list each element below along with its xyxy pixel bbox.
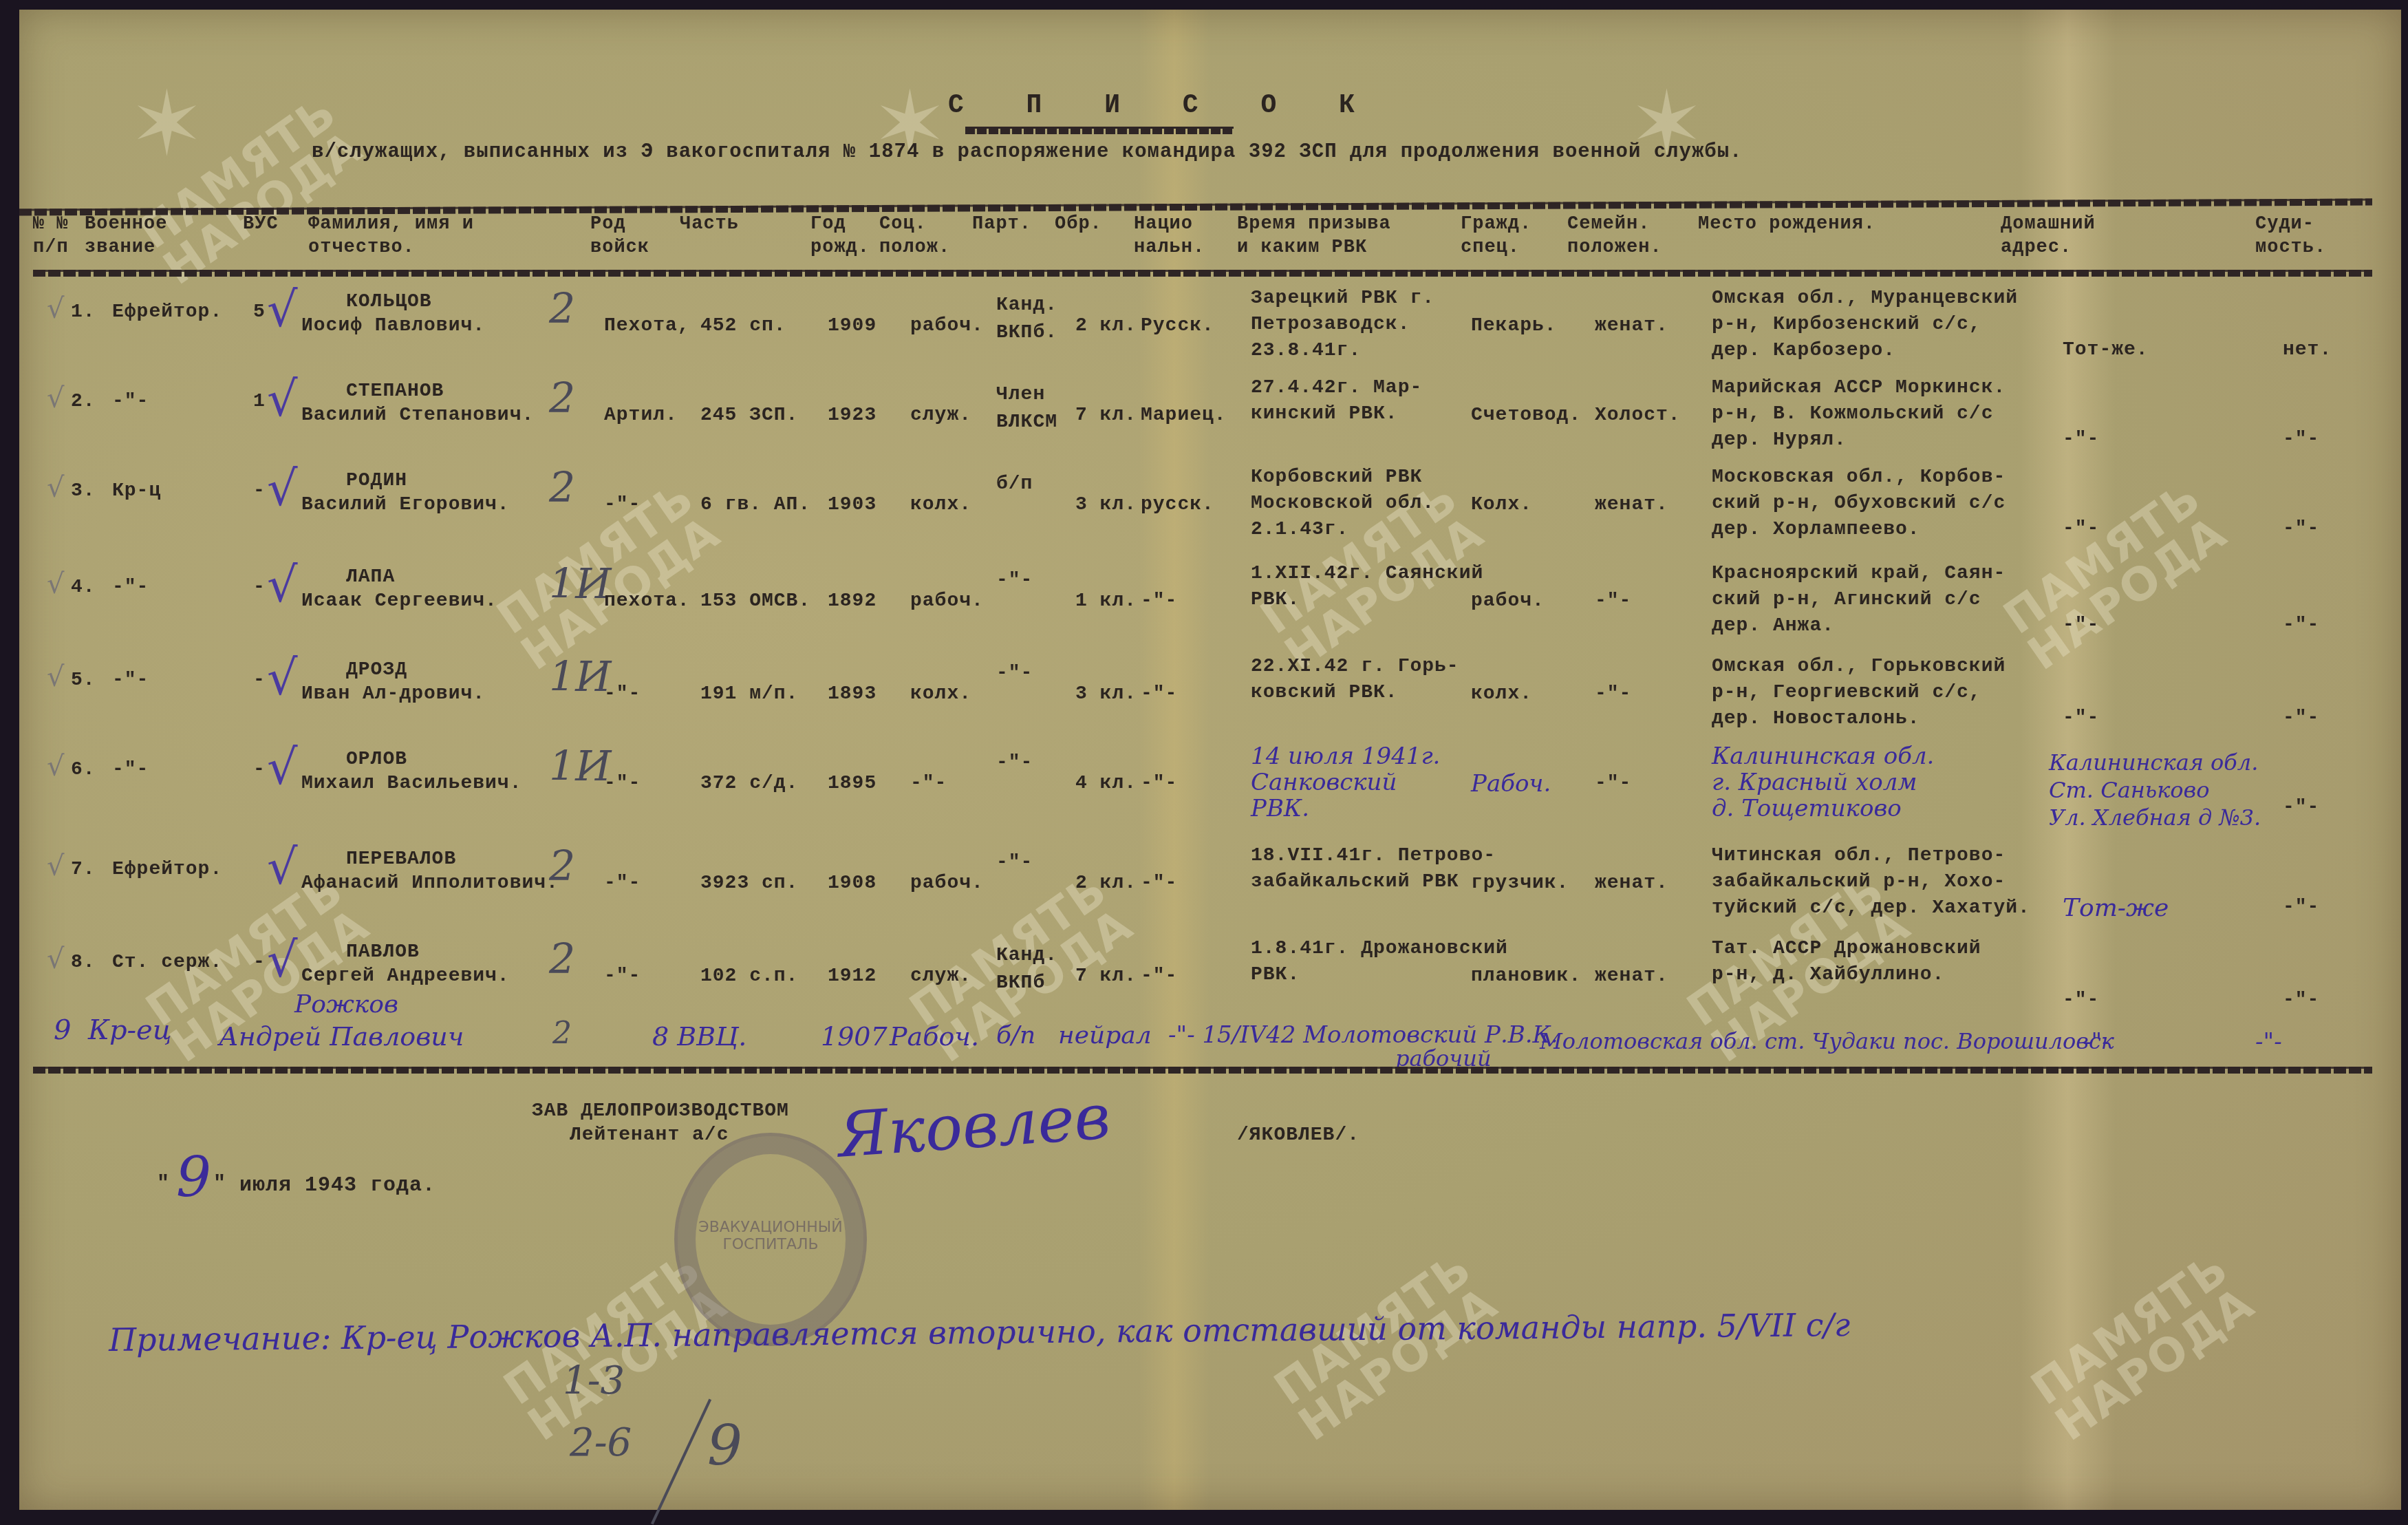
row-conviction: -"- bbox=[2283, 515, 2319, 543]
column-header-line: Род bbox=[590, 213, 649, 236]
column-header-line: Семейн. bbox=[1567, 213, 1662, 236]
column-header: Фамилия, имя иотчество. bbox=[308, 213, 474, 259]
row-social: колх. bbox=[910, 491, 971, 519]
row-unit: 452 сп. bbox=[700, 312, 786, 340]
checkmark-icon: √ bbox=[267, 371, 298, 427]
column-header: Родвойск bbox=[590, 213, 649, 259]
row-given-names: Исаак Сергеевич. bbox=[301, 588, 497, 615]
row-birthplace-line: Читинская обл., Петрово- bbox=[1712, 842, 2006, 870]
row-rank: Ст. серж. bbox=[112, 949, 222, 977]
row-birth-year: 1912 bbox=[828, 963, 877, 990]
row-category: 2 bbox=[549, 285, 575, 333]
row-draft-line: 1.XII.42г. Саянский bbox=[1251, 560, 1483, 588]
row-address: -"- bbox=[2063, 705, 2099, 732]
checkmark-icon: √ bbox=[267, 932, 298, 988]
row-birthplace-line: Омская обл., Муранцевский bbox=[1712, 285, 2018, 312]
margin-checkmark-icon: √ bbox=[47, 383, 65, 414]
row-rank: -"- bbox=[112, 756, 149, 784]
row-address: -"- bbox=[2063, 515, 2099, 543]
row-vus: - bbox=[253, 574, 266, 601]
checkmark-icon: √ bbox=[267, 839, 298, 895]
row-birthplace-line: р-н, д. Хайбуллино. bbox=[1712, 961, 1944, 989]
row-surname: ПЕРЕВАЛОВ bbox=[346, 846, 456, 873]
column-header-line: рожд. bbox=[810, 236, 870, 259]
row-draft-line: РВК. bbox=[1251, 586, 1300, 614]
row9-name: Андрей Павлович bbox=[219, 1021, 464, 1052]
watermark-line: НАРОДА bbox=[2021, 510, 2233, 676]
row-nationality: -"- bbox=[1141, 770, 1177, 798]
table-bottom-rule bbox=[33, 1067, 2372, 1074]
header-bottom-rule bbox=[33, 270, 2372, 277]
row9-address: -"- bbox=[2083, 1028, 2110, 1056]
row-vus: - bbox=[253, 949, 266, 977]
row-party: -"- bbox=[996, 660, 1072, 687]
row-given-names: Василий Егорович. bbox=[301, 491, 510, 519]
row-draft-line: Петрозаводск. bbox=[1251, 311, 1410, 339]
date-rest: июля 1943 года. bbox=[239, 1174, 436, 1197]
row-category: 2 bbox=[549, 374, 575, 423]
row-draft-line: 22.XI.42 г. Горь- bbox=[1251, 653, 1459, 681]
row-birthplace-line: р-н, Георгиевский с/с, bbox=[1712, 679, 1981, 707]
row9-draft: -"- 15/IV42 Молотовский Р.В.К. bbox=[1168, 1021, 1558, 1049]
row-surname: РОДИН bbox=[346, 467, 407, 495]
row-address-line: Ул. Хлебная д №3. bbox=[2049, 804, 2261, 831]
column-header-line: Домашний bbox=[2001, 213, 2096, 236]
row-social: рабоч. bbox=[910, 588, 984, 615]
column-header: Военноезвание bbox=[85, 213, 167, 259]
row-address-line: Калининская обл. bbox=[2049, 749, 2258, 776]
column-header-line: адрес. bbox=[2001, 236, 2096, 259]
pencil-mark: 1-3 bbox=[563, 1358, 625, 1403]
row-draft-line: Санковский bbox=[1251, 769, 1397, 796]
column-header-line: Год bbox=[810, 213, 870, 236]
row-birthplace-line: Московская обл., Корбов- bbox=[1712, 464, 2006, 491]
hospital-stamp: ЭВАКУАЦИОННЫЙ ГОСПИТАЛЬ bbox=[674, 1133, 867, 1346]
row-given-names: Сергей Андреевич. bbox=[301, 963, 510, 990]
column-header: Гражд.спец. bbox=[1461, 213, 1531, 259]
row9-category: 2 bbox=[552, 1016, 572, 1051]
watermark-line: ПАМЯТЬ bbox=[1997, 475, 2208, 641]
row-surname: ОРЛОВ bbox=[346, 746, 407, 774]
row-birthplace-line: дер. Хорлампеево. bbox=[1712, 516, 1920, 544]
row-category: 1И bbox=[549, 560, 612, 608]
row-number: 5. bbox=[71, 667, 96, 694]
row-birthplace-line: Омская обл., Горьковский bbox=[1712, 653, 2006, 681]
row-unit: 372 с/д. bbox=[700, 770, 798, 798]
column-header-line: Нацио bbox=[1134, 213, 1205, 236]
row-family: Холост. bbox=[1595, 402, 1681, 429]
row-civil-spec: Счетовод. bbox=[1471, 402, 1581, 429]
checkmark-icon: √ bbox=[267, 460, 298, 517]
column-header-line: Соц. bbox=[879, 213, 950, 236]
column-header-line: Военное bbox=[85, 213, 167, 236]
row-party: Член ВЛКСМ bbox=[996, 381, 1072, 436]
row-education: 2 кл. bbox=[1075, 870, 1137, 897]
row-party: -"- bbox=[996, 849, 1072, 877]
row9-birthplace: Молотовская обл. ст. Чудаки пос. Ворошил… bbox=[1540, 1028, 2114, 1054]
column-header-line: нальн. bbox=[1134, 236, 1205, 259]
row-family: -"- bbox=[1595, 681, 1631, 708]
row-conviction: -"- bbox=[2283, 894, 2319, 921]
document-sheet: ✶ ПАМЯТЬНАРОДА ✶ ✶ ПАМЯТЬНАРОДА ПАМЯТЬНА… bbox=[19, 10, 2401, 1510]
row-birth-year: 1893 bbox=[828, 681, 877, 708]
row-social: служ. bbox=[910, 402, 971, 429]
row-unit: 245 ЗСП. bbox=[700, 402, 798, 429]
row-unit: 153 ОМСВ. bbox=[700, 588, 810, 615]
row9-nationality: нейрал bbox=[1058, 1021, 1152, 1049]
row-party: -"- bbox=[996, 567, 1072, 595]
row-branch: -"- bbox=[604, 963, 641, 990]
row-nationality: Мариец. bbox=[1141, 402, 1227, 429]
column-header: Соц.полож. bbox=[879, 213, 950, 259]
row9-conviction: -"- bbox=[2255, 1028, 2282, 1056]
row-birthplace-line: дер. Новосталонь. bbox=[1712, 705, 1920, 733]
row-family: женат. bbox=[1595, 491, 1668, 519]
column-header-line: Фамилия, имя и bbox=[308, 213, 474, 236]
row-category: 2 bbox=[549, 935, 575, 983]
row-rank: Ефрейтор. bbox=[112, 299, 222, 326]
row-civil-spec: рабоч. bbox=[1471, 588, 1545, 615]
row-draft-line: 18.VII.41г. Петрово- bbox=[1251, 842, 1496, 870]
row-nationality: -"- bbox=[1141, 588, 1177, 615]
row-surname: ПАВЛОВ bbox=[346, 939, 420, 966]
row-given-names: Василий Степанович. bbox=[301, 402, 534, 429]
row-party: -"- bbox=[996, 749, 1072, 777]
row-category: 2 bbox=[549, 842, 575, 891]
row-address: -"- bbox=[2063, 987, 2099, 1014]
row-surname: ДРОЗД bbox=[346, 657, 407, 684]
checkmark-icon: √ bbox=[267, 281, 298, 338]
row-education: 4 кл. bbox=[1075, 770, 1137, 798]
row-rank: -"- bbox=[112, 667, 149, 694]
column-header: Национальн. bbox=[1134, 213, 1205, 259]
document-title: С П И С О К bbox=[948, 91, 1378, 120]
row-education: 3 кл. bbox=[1075, 491, 1137, 519]
row-address: Тот-же bbox=[2063, 894, 2169, 922]
signature-name: /ЯКОВЛЕВ/. bbox=[1237, 1124, 1359, 1146]
row-rank: -"- bbox=[112, 388, 149, 416]
row-unit: 191 м/п. bbox=[700, 681, 798, 708]
row-category: 1И bbox=[549, 653, 612, 701]
row-address-line: Ст. Саньково bbox=[2049, 777, 2210, 803]
row-party: Канд. ВКПб bbox=[996, 942, 1072, 997]
row-conviction: -"- bbox=[2283, 794, 2319, 822]
row-number: 7. bbox=[71, 856, 96, 884]
row-draft-line: кинский РВК. bbox=[1251, 401, 1398, 428]
column-header-line: спец. bbox=[1461, 236, 1531, 259]
column-header: Место рождения. bbox=[1698, 213, 1875, 236]
row-number: 4. bbox=[71, 574, 96, 601]
row-surname: ЛАПА bbox=[346, 564, 395, 591]
date-close-quote: " bbox=[213, 1173, 226, 1196]
column-header: Суди-мость. bbox=[2255, 213, 2326, 259]
row-conviction: -"- bbox=[2283, 426, 2319, 454]
row-draft-line: 27.4.42г. Мар- bbox=[1251, 374, 1422, 402]
margin-checkmark-icon: √ bbox=[47, 568, 65, 600]
row-address: -"- bbox=[2063, 426, 2099, 454]
column-header-line: войск bbox=[590, 236, 649, 259]
row-given-names: Михаил Васильевич. bbox=[301, 770, 522, 798]
row-civil-spec: плановик. bbox=[1471, 963, 1581, 990]
row-education: 2 кл. bbox=[1075, 312, 1137, 340]
row-draft-line: РВК. bbox=[1251, 961, 1300, 989]
row-branch: Пехота, bbox=[604, 312, 690, 340]
checkmark-icon: √ bbox=[267, 739, 298, 796]
row-draft-line: РВК. bbox=[1251, 795, 1309, 822]
row-party: Канд. ВКПб. bbox=[996, 292, 1072, 347]
column-header-line: Парт. bbox=[972, 213, 1031, 236]
row-birthplace-line: забайкальский р-н, Хохо- bbox=[1712, 868, 2006, 896]
column-header-line: Время призыва bbox=[1237, 213, 1391, 236]
row-education: 7 кл. bbox=[1075, 402, 1137, 429]
date-day: 9 bbox=[176, 1145, 211, 1209]
stamp-text: ЭВАКУАЦИОННЫЙ ГОСПИТАЛЬ bbox=[678, 1219, 863, 1253]
footnote: Примечание: Кр-ец Рожков А.П. направляет… bbox=[109, 1306, 1851, 1358]
row-birthplace-line: г. Красный холм bbox=[1712, 769, 1917, 796]
margin-checkmark-icon: √ bbox=[47, 472, 65, 504]
row-birthplace-line: Калининская обл. bbox=[1712, 743, 1934, 770]
row-draft-line: ковский РВК. bbox=[1251, 679, 1398, 707]
row-civil-spec: грузчик. bbox=[1471, 870, 1569, 897]
column-header: Годрожд. bbox=[810, 213, 870, 259]
row-education: 3 кл. bbox=[1075, 681, 1137, 708]
row-family: женат. bbox=[1595, 312, 1668, 340]
column-header-line: и каким РВК bbox=[1237, 236, 1391, 259]
row-birthplace-line: р-н, Кирбозенский с/с, bbox=[1712, 311, 1981, 339]
margin-checkmark-icon: √ bbox=[47, 751, 65, 782]
row-unit: 102 с.п. bbox=[700, 963, 798, 990]
pencil-mark: 2-6 bbox=[570, 1420, 632, 1465]
row-birthplace-line: Марийская АССР Моркинск. bbox=[1712, 374, 2006, 402]
signature: Яковлев bbox=[836, 1080, 1112, 1171]
row-civil-spec: Пекарь. bbox=[1471, 312, 1557, 340]
row-birth-year: 1892 bbox=[828, 588, 877, 615]
row-family: женат. bbox=[1595, 870, 1668, 897]
row-family: -"- bbox=[1595, 588, 1631, 615]
row9-rank: Кр-ец bbox=[88, 1014, 172, 1046]
row-branch: Артил. bbox=[604, 402, 678, 429]
date-open-quote: " bbox=[157, 1173, 170, 1196]
column-header-line: звание bbox=[85, 236, 167, 259]
row-address: Тот-же. bbox=[2063, 337, 2149, 364]
row-birth-year: 1908 bbox=[828, 870, 877, 897]
row-given-names: Иван Ал-дрович. bbox=[301, 681, 485, 708]
row-surname: СТЕПАНОВ bbox=[346, 378, 444, 405]
watermark: ПАМЯТЬНАРОДА bbox=[2024, 1246, 2261, 1448]
row-civil-spec: Рабоч. bbox=[1471, 770, 1551, 798]
row-draft-line: 2.1.43г. bbox=[1251, 516, 1348, 544]
signature-rank: Лейтенант а/с bbox=[570, 1124, 729, 1146]
row-conviction: нет. bbox=[2283, 337, 2332, 364]
row-unit: 3923 сп. bbox=[700, 870, 798, 897]
row-draft-line: Московской обл. bbox=[1251, 490, 1434, 518]
row-draft-line: 14 июля 1941г. bbox=[1251, 743, 1440, 770]
row-number: 3. bbox=[71, 478, 96, 505]
row-rank: Кр-ц bbox=[112, 478, 161, 505]
row-draft-line: забайкальский РВК bbox=[1251, 868, 1459, 896]
row9-unit: 8 ВВЦ. bbox=[652, 1021, 746, 1052]
column-header-line: полож. bbox=[879, 236, 950, 259]
row-birthplace-line: дер. Нурял. bbox=[1712, 427, 1847, 454]
row-category: 1И bbox=[549, 743, 612, 791]
watermark: ПАМЯТЬНАРОДА bbox=[1997, 475, 2233, 677]
row-birthplace-line: Тат. АССР Дрожановский bbox=[1712, 935, 1981, 963]
row-draft-line: Зарецкий РВК г. bbox=[1251, 285, 1434, 312]
row-number: 1. bbox=[71, 299, 96, 326]
row-given-names: Афанасий Ипполитович. bbox=[301, 870, 559, 897]
row-birthplace-line: ский р-н, Обуховский с/с bbox=[1712, 490, 2006, 518]
column-header-line: Обр. bbox=[1055, 213, 1102, 236]
row9-birth-year: 1907 bbox=[821, 1021, 888, 1052]
column-header-line: Гражд. bbox=[1461, 213, 1531, 236]
row-number: 8. bbox=[71, 949, 96, 977]
row-rank: Ефрейтор. bbox=[112, 856, 222, 884]
row-civil-spec: колх. bbox=[1471, 681, 1532, 708]
column-header-line: ВУС bbox=[243, 213, 279, 236]
row-birthplace-line: дер. Карбозеро. bbox=[1712, 337, 1895, 365]
row-birthplace-line: туйский с/с, дер. Хахатуй. bbox=[1712, 895, 2030, 922]
row-nationality: -"- bbox=[1141, 681, 1177, 708]
column-header-line: положен. bbox=[1567, 236, 1662, 259]
row-education: 1 кл. bbox=[1075, 588, 1137, 615]
margin-checkmark-icon: √ bbox=[47, 943, 65, 975]
column-header: № №п/п bbox=[33, 213, 69, 259]
row-address: -"- bbox=[2063, 612, 2099, 639]
row-branch: -"- bbox=[604, 870, 641, 897]
row-vus: 5 bbox=[253, 299, 266, 326]
row-nationality: -"- bbox=[1141, 963, 1177, 990]
row-nationality: -"- bbox=[1141, 870, 1177, 897]
row-vus: 1 bbox=[253, 388, 266, 416]
row-vus: - bbox=[253, 756, 266, 784]
column-header: ВУС bbox=[243, 213, 279, 236]
column-header-line: Суди- bbox=[2255, 213, 2326, 236]
margin-checkmark-icon: √ bbox=[47, 293, 65, 325]
checkmark-icon: √ bbox=[267, 557, 298, 613]
row-birth-year: 1895 bbox=[828, 770, 877, 798]
row-civil-spec: Колх. bbox=[1471, 491, 1532, 519]
row-conviction: -"- bbox=[2283, 705, 2319, 732]
row-birthplace-line: дер. Анжа. bbox=[1712, 612, 1834, 640]
row-surname: КОЛЬЦОВ bbox=[346, 288, 432, 316]
row-birthplace-line: Красноярский край, Саян- bbox=[1712, 560, 2006, 588]
row-number: 6. bbox=[71, 756, 96, 784]
column-header: Домашнийадрес. bbox=[2001, 213, 2096, 259]
row-conviction: -"- bbox=[2283, 987, 2319, 1014]
row-vus: - bbox=[253, 667, 266, 694]
row-given-names: Иосиф Павлович. bbox=[301, 312, 485, 340]
row-family: женат. bbox=[1595, 963, 1668, 990]
row-social: рабоч. bbox=[910, 312, 984, 340]
row-category: 2 bbox=[549, 464, 575, 512]
column-header: Часть bbox=[680, 213, 739, 236]
row-branch: пехота. bbox=[604, 588, 690, 615]
margin-checkmark-icon: √ bbox=[47, 851, 65, 882]
row-social: колх. bbox=[910, 681, 971, 708]
row-conviction: -"- bbox=[2283, 612, 2319, 639]
row9-num: 9 bbox=[54, 1014, 71, 1046]
row-birth-year: 1923 bbox=[828, 402, 877, 429]
row-birthplace-line: ский р-н, Агинский с/с bbox=[1712, 586, 1981, 614]
signature-position: ЗАВ ДЕЛОПРОИЗВОДСТВОМ bbox=[532, 1100, 789, 1122]
watermark-star-icon: ✶ bbox=[129, 72, 204, 176]
row-social: рабоч. bbox=[910, 870, 984, 897]
watermark-line: ПАМЯТЬ bbox=[490, 475, 702, 641]
row-draft-line: 1.8.41г. Дрожановский bbox=[1251, 935, 1508, 963]
row-birth-year: 1903 bbox=[828, 491, 877, 519]
row-nationality: Русск. bbox=[1141, 312, 1214, 340]
row-social: -"- bbox=[910, 770, 947, 798]
row-draft-line: 23.8.41г. bbox=[1251, 337, 1361, 365]
column-header-line: Часть bbox=[680, 213, 739, 236]
row-unit: 6 гв. АП. bbox=[700, 491, 810, 519]
column-header: Семейн.положен. bbox=[1567, 213, 1662, 259]
column-header: Парт. bbox=[972, 213, 1031, 236]
watermark-line: НАРОДА bbox=[2049, 1281, 2261, 1447]
row-branch: -"- bbox=[604, 770, 641, 798]
checkmark-icon: √ bbox=[267, 650, 298, 706]
column-header-line: Место рождения. bbox=[1698, 213, 1875, 236]
column-header-line: мость. bbox=[2255, 236, 2326, 259]
row-birthplace-line: р-н, В. Кожмольский с/с bbox=[1712, 401, 1993, 428]
row-family: -"- bbox=[1595, 770, 1631, 798]
pencil-mark: 9 bbox=[707, 1414, 742, 1478]
row9-surname: Рожков bbox=[294, 990, 398, 1019]
row-party: б/п bbox=[996, 471, 1072, 498]
column-header-line: отчество. bbox=[308, 236, 474, 259]
row9-social: Рабоч. bbox=[890, 1021, 979, 1052]
column-header: Обр. bbox=[1055, 213, 1102, 236]
row-birth-year: 1909 bbox=[828, 312, 877, 340]
row-branch: -"- bbox=[604, 491, 641, 519]
row9-party: б/п bbox=[996, 1021, 1035, 1049]
row-nationality: русск. bbox=[1141, 491, 1214, 519]
row-social: служ. bbox=[910, 963, 971, 990]
title-underline bbox=[965, 127, 1234, 134]
column-header-line: № № bbox=[33, 213, 69, 236]
column-header-line: п/п bbox=[33, 236, 69, 259]
watermark-line: НАРОДА bbox=[1292, 1281, 1504, 1447]
pencil-stroke bbox=[651, 1399, 711, 1525]
row-vus: - bbox=[253, 478, 266, 505]
row-birthplace-line: д. Тощетиково bbox=[1712, 795, 1902, 822]
row-branch: -"- bbox=[604, 681, 641, 708]
row-education: 7 кл. bbox=[1075, 963, 1137, 990]
row-rank: -"- bbox=[112, 574, 149, 601]
margin-checkmark-icon: √ bbox=[47, 661, 65, 693]
document-subtitle: в/служащих, выписанных из Э вакогоспитал… bbox=[312, 140, 1743, 163]
row-number: 2. bbox=[71, 388, 96, 416]
row-draft-line: Корбовский РВК bbox=[1251, 464, 1422, 491]
column-header: Время призываи каким РВК bbox=[1237, 213, 1391, 259]
watermark-line: ПАМЯТЬ bbox=[2024, 1246, 2236, 1412]
